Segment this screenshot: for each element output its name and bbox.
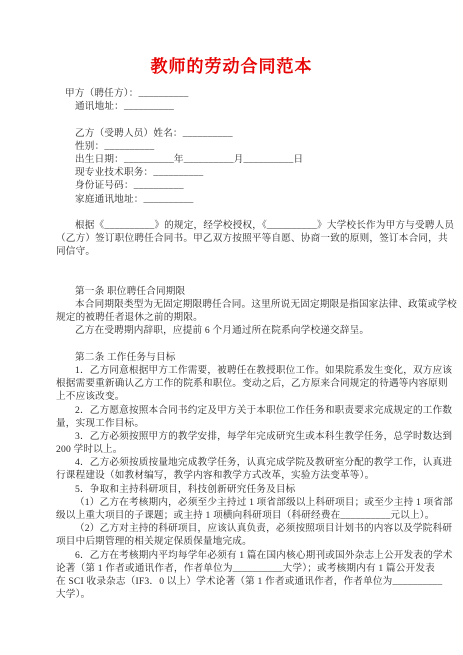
text-line: 6．乙方在考核期内平均每学年必须有 1 篇在国内核心期刊或国外杂志上公开发表的学…: [56, 549, 453, 562]
text-line: 在 SCI 收录杂志（IF3．0 以上）学术论著（第 1 作者或通讯作者，作者单…: [56, 575, 453, 588]
blank-line: [56, 113, 453, 126]
text-line: 5．争取和主持科研项目，科技创新研究任务及目标: [56, 483, 453, 496]
document-body: 甲方（聘任方）：__________通讯地址：__________乙方（受聘人员…: [0, 79, 463, 601]
text-line: 规定的被聘任者退休之前的期限。: [56, 311, 453, 324]
text-line: 身份证号码：__________: [56, 179, 453, 192]
text-line: 家庭通讯地址：__________: [56, 193, 453, 206]
text-line: 第二条 工作任务与目标: [56, 351, 453, 364]
text-line: 上不应该改变。: [56, 390, 453, 403]
text-line: 甲方（聘任方）：__________: [56, 87, 453, 100]
blank-line: [56, 258, 453, 271]
text-line: 大学）。: [56, 588, 453, 601]
blank-line: [56, 272, 453, 285]
text-line: 200 学时以上。: [56, 443, 453, 456]
text-line: 4．乙方必须按质按量地完成教学任务，认真完成学院及教研室分配的教学工作，认真进: [56, 456, 453, 469]
text-line: 乙方（受聘人员）姓名：__________: [56, 127, 453, 140]
text-line: 乙方在受聘期内辞职，应提前 6 个月通过所在院系向学校递交辞呈。: [56, 324, 453, 337]
text-line: 根据需要重新确认乙方工作的院系和职位。变动之后，乙方原来合同规定的待遇等内容原则: [56, 377, 453, 390]
text-line: 性别：__________: [56, 140, 453, 153]
text-line: 出生日期：__________年__________月__________日: [56, 153, 453, 166]
text-line: 论著（第 1 作者或通讯作者，作者单位为__________大学）；或考核期内有…: [56, 562, 453, 575]
text-line: （2）乙方对主持的科研项目，应该认真负责，必须按照项目计划书的内容以及学院科研: [56, 522, 453, 535]
blank-line: [56, 338, 453, 351]
blank-line: [56, 206, 453, 219]
text-line: 同信守。: [56, 245, 453, 258]
text-line: 3．乙方必须按照甲方的教学安排，每学年完成研究生或本科生教学任务，总学时数达到: [56, 430, 453, 443]
text-line: 根据《__________》的规定，经学校授权，《__________》大学校长…: [56, 219, 453, 232]
text-line: 行课程建设（如教材编写，教学内容和教学方式改革，实验方法变革等）。: [56, 469, 453, 482]
text-line: 1．乙方同意根据甲方工作需要，被聘任在教授职位工作。如果院系发生变化，双方应该: [56, 364, 453, 377]
text-line: 级以上重大项目的子课题；或主持 1 项横向科研项目（科研经费在_________…: [56, 509, 453, 522]
text-line: 本合同期限类型为无固定期限聘任合同。这里所说无固定期限是指国家法律、政策或学校: [56, 298, 453, 311]
text-line: 2．乙方愿意按照本合同书约定及甲方关于本职位工作任务和职责要求完成规定的工作数: [56, 404, 453, 417]
document-page: 教师的劳动合同范本 甲方（聘任方）：__________通讯地址：_______…: [0, 0, 463, 655]
text-line: 第一条 职位聘任合同期限: [56, 285, 453, 298]
text-line: （1）乙方在考核期内，必须至少主持过 1 项省部级以上科研项目；或至少主持 1 …: [56, 496, 453, 509]
document-title: 教师的劳动合同范本: [0, 55, 463, 79]
text-line: 项目中后期管理的相关规定保质保量地完成。: [56, 535, 453, 548]
text-line: 通讯地址：__________: [56, 100, 453, 113]
text-line: 量，实现工作目标。: [56, 417, 453, 430]
text-line: （乙方）签订职位聘任合同书。甲乙双方按照平等自愿、协商一致的原则，签订本合同，共: [56, 232, 453, 245]
text-line: 现专业技术职务：__________: [56, 166, 453, 179]
